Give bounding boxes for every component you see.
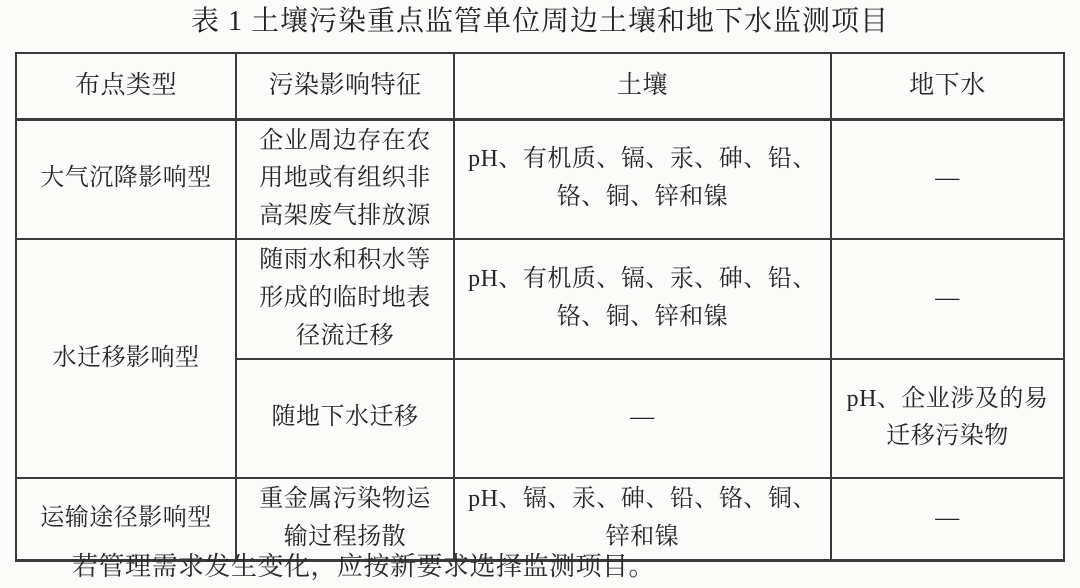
cell-groundwater: — (831, 478, 1064, 560)
cell-soil: — (454, 359, 831, 478)
cell-type: 水迁移影响型 (16, 239, 236, 478)
footnote: 若管理需求发生变化，应按新要求选择监测项目。 (72, 551, 655, 583)
header-row: 布点类型 污染影响特征 土壤 地下水 (16, 53, 1064, 119)
cell-soil: pH、有机质、镉、汞、砷、铅、 铬、铜、锌和镍 (454, 239, 831, 359)
cell-feature: 重金属污染物运 输过程扬散 (236, 478, 454, 560)
table-row-atmospheric: 大气沉降影响型 企业周边存在农 用地或有组织非 高架废气排放源 pH、有机质、镉… (16, 119, 1064, 239)
monitoring-table: 布点类型 污染影响特征 土壤 地下水 大气沉降影响型 企业周边存在农 用地或有组… (15, 52, 1065, 562)
cell-groundwater: pH、企业涉及的易 迁移污染物 (831, 359, 1064, 478)
table-title: 表 1 土壤污染重点监管单位周边土壤和地下水监测项目 (0, 5, 1080, 39)
col-header-soil: 土壤 (454, 53, 831, 119)
cell-soil: pH、有机质、镉、汞、砷、铅、 铬、铜、锌和镍 (454, 119, 831, 239)
cell-type: 大气沉降影响型 (16, 119, 236, 239)
cell-groundwater: — (831, 239, 1064, 359)
cell-feature: 随地下水迁移 (236, 359, 454, 478)
table-row-transport: 运输途径影响型 重金属污染物运 输过程扬散 pH、镉、汞、砷、铅、铬、铜、 锌和… (16, 478, 1064, 560)
document-page: 表 1 土壤污染重点监管单位周边土壤和地下水监测项目 布点类型 污染影响特征 土… (0, 0, 1080, 588)
col-header-pollution-feature: 污染影响特征 (236, 53, 454, 119)
col-header-groundwater: 地下水 (831, 53, 1064, 119)
cell-feature: 随雨水和积水等 形成的临时地表 径流迁移 (236, 239, 454, 359)
cell-groundwater: — (831, 119, 1064, 239)
cell-feature: 企业周边存在农 用地或有组织非 高架废气排放源 (236, 119, 454, 239)
cell-soil: pH、镉、汞、砷、铅、铬、铜、 锌和镍 (454, 478, 831, 560)
col-header-layout-type: 布点类型 (16, 53, 236, 119)
table-row-water-surface: 水迁移影响型 随雨水和积水等 形成的临时地表 径流迁移 pH、有机质、镉、汞、砷… (16, 239, 1064, 359)
cell-type: 运输途径影响型 (16, 478, 236, 560)
